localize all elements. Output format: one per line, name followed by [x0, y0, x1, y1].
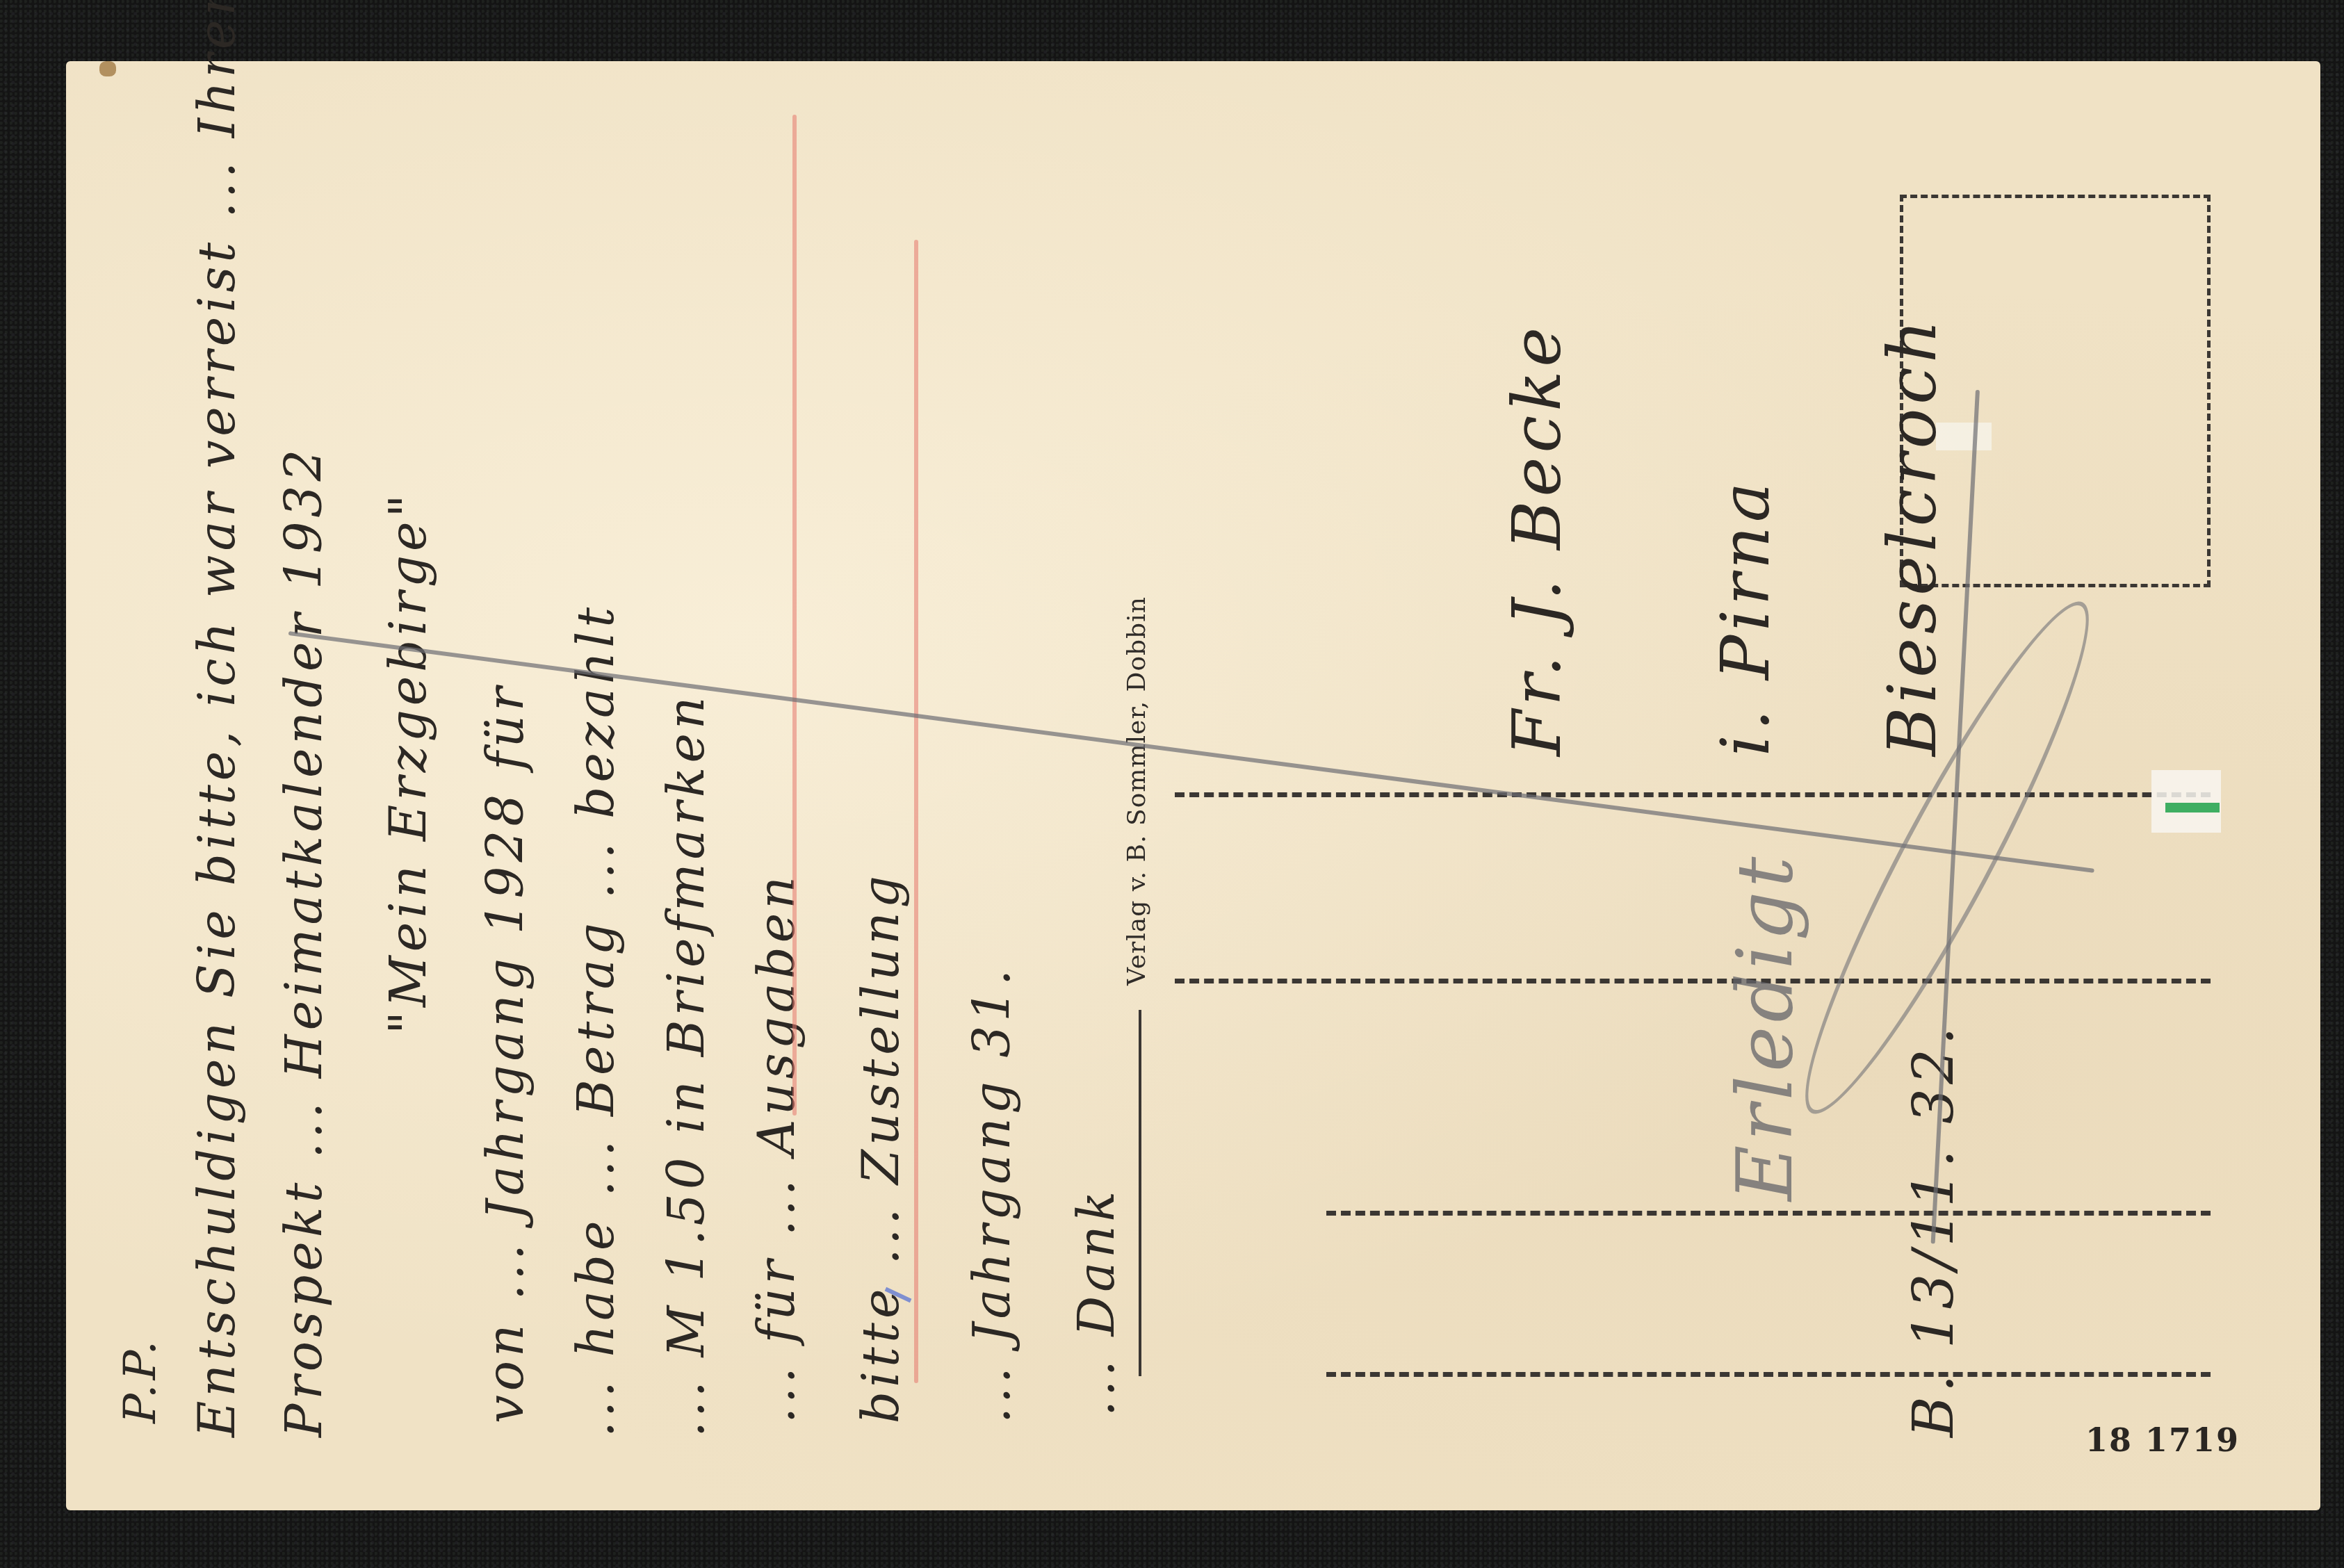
red-pencil-line: [914, 240, 918, 1383]
stain-mark: [99, 61, 116, 76]
message-line: Entschuldigen Sie bitte, ich war verreis…: [188, 0, 246, 1437]
address-line-3: [1326, 1211, 2211, 1216]
message-line: ... Jahrgang 31.: [963, 965, 1021, 1423]
address-name: Fr. J. Becke: [1498, 323, 1576, 756]
message-line: ... Dank: [1067, 1187, 1125, 1416]
message-line: ... für ... Ausgaben: [747, 872, 806, 1423]
card-number: 18 1719: [2085, 1421, 2240, 1459]
message-line: ... M 1.50 in Briefmarken: [657, 693, 715, 1437]
address-line-2: [1175, 979, 2211, 983]
message-line: von ... Jahrgang 1928 für: [476, 683, 535, 1423]
publisher-imprint: Verlag v. B. Sommler, Dobbin: [1123, 596, 1151, 986]
postcard: P.P. Entschuldigen Sie bitte, ich war ve…: [66, 61, 2320, 1510]
address-street: Bieselcroch: [1873, 316, 1951, 756]
address-line-4: [1326, 1372, 2211, 1377]
address-city: i. Pirna: [1707, 478, 1784, 756]
message-line-pp: P.P.: [115, 1337, 166, 1423]
address-line-1: [1175, 792, 2211, 797]
message-line: bitte ... Zustellung: [852, 872, 910, 1423]
stamp-green-strip: [2165, 803, 2220, 812]
message-line: ... habe ... Betrag ... bezahlt: [567, 603, 625, 1437]
message-line: "Mein Erzgebirge": [379, 490, 437, 1034]
stamp-remnant: [2151, 770, 2221, 833]
pencil-strike-line: [288, 631, 2094, 873]
vertical-divider: [1139, 1010, 1141, 1376]
red-pencil-line: [792, 115, 797, 1116]
message-line: Prospekt ... Heimatkalender 1932: [275, 446, 333, 1437]
pencil-annotation: Erledigt: [1720, 853, 1809, 1201]
